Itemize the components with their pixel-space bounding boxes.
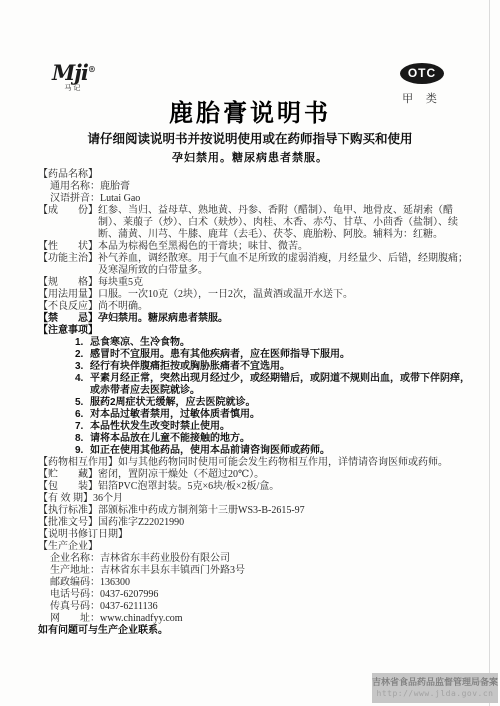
- ingredients-label: 【成 份】: [38, 205, 98, 216]
- functions: 【功能主治】补气养血，调经散寒。用于气血不足所致的虚弱消瘦，月经量少、后错，经期…: [38, 253, 470, 277]
- specification-label: 【规 格】: [38, 277, 98, 288]
- precaution-text: 如正在使用其他药品，使用本品前请咨询医师或药师。: [90, 445, 470, 457]
- precaution-number: 4.: [75, 373, 90, 397]
- precaution-item-5: 5.服药2周症状无缓解，应去医院就诊。: [75, 397, 470, 409]
- precaution-text: 对本品过敏者禁用，过敏体质者慎用。: [90, 409, 470, 421]
- execution-standard-label: 【执行标准】: [38, 505, 98, 516]
- precaution-text: 平素月经正常，突然出现月经过少，或经期错后，或阴道不规则出血，或带下伴阴痒，或赤…: [90, 373, 470, 397]
- precaution-text: 感冒时不宜服用。患有其他疾病者，应在医师指导下服用。: [90, 349, 470, 361]
- functions-label: 【功能主治】: [38, 253, 98, 264]
- website: 网 址：www.chinadfyy.com: [38, 613, 470, 625]
- fax-number: 传真号码：0437-6211136: [38, 601, 470, 613]
- precaution-number: 8.: [75, 433, 90, 445]
- otc-badge-group: OTC 甲 类: [400, 63, 444, 106]
- precaution-item-1: 1.忌食寒凉、生冷食物。: [75, 337, 470, 349]
- approval-watermark-stamp: 吉林省食品药品监督管理局备案 http://www.jlda.gov.cn: [372, 673, 498, 703]
- precaution-number: 1.: [75, 337, 90, 349]
- precaution-item-4: 4.平素月经正常，突然出现月经过少，或经期错后，或阴道不规则出血，或带下伴阴痒，…: [75, 373, 470, 397]
- storage: 【贮 藏】密闭，置阴凉干燥处（不超过20℃）。: [38, 469, 470, 481]
- manufacturer-heading-label: 【生产企业】: [38, 541, 98, 552]
- otc-badge: OTC: [400, 63, 444, 84]
- brand-logo: Mji® 马记: [52, 62, 95, 92]
- watermark-agency-text: 吉林省食品药品监督管理局备案: [372, 673, 498, 688]
- drug-interactions: 【药物相互作用】如与其他药物同时使用可能会发生药物相互作用，详情请咨询医师或药师…: [38, 457, 470, 469]
- precaution-item-6: 6.对本品过敏者禁用，过敏体质者慎用。: [75, 409, 470, 421]
- precaution-number: 9.: [75, 445, 90, 457]
- phone-number: 电话号码：0437-6207996: [38, 589, 470, 601]
- company-name: 企业名称：吉林省东丰药业股份有限公司: [38, 553, 470, 565]
- postal-code: 邮政编码：136300: [38, 577, 470, 589]
- registered-trademark-icon: ®: [88, 64, 95, 74]
- packaging-label: 【包 装】: [38, 481, 98, 492]
- insert-body: 【药品名称】通用名称：鹿胎膏汉语拼音：Lutai Gao【成 份】红参、当归、益…: [38, 169, 470, 637]
- usage-advice-line: 请仔细阅读说明书并按说明使用或在药师指导下购买和使用: [0, 132, 500, 146]
- description-label: 【性 状】: [38, 241, 98, 252]
- approval-number: 【批准文号】国药准字Z22021990: [38, 517, 470, 529]
- leaflet-page: Mji® 马记 OTC 甲 类 鹿胎膏说明书 请仔细阅读说明书并按说明使用或在药…: [0, 0, 500, 706]
- validity-label: 【有 效 期】: [38, 493, 93, 504]
- company-address: 生产地址：吉林省东丰县东丰镇西门外路3号: [38, 565, 470, 577]
- brand-logo-subtext: 马记: [52, 85, 95, 92]
- precaution-number: 5.: [75, 397, 90, 409]
- precaution-item-3: 3.经行有块伴腹痛拒按或胸胁胀痛者不宜选用。: [75, 361, 470, 373]
- pinyin-name: 汉语拼音：Lutai Gao: [38, 193, 470, 205]
- contraindications: 【禁 忌】孕妇禁用。糖尿病患者禁服。: [38, 313, 470, 325]
- warning-line: 孕妇禁用。糖尿病患者禁服。: [0, 152, 500, 164]
- execution-standard: 【执行标准】部颁标准中药成方制剂第十三册WS3-B-2615-97: [38, 505, 470, 517]
- precaution-item-2: 2.感冒时不宜服用。患有其他疾病者，应在医师指导下服用。: [75, 349, 470, 361]
- precaution-number: 2.: [75, 349, 90, 361]
- brand-logo-script: Mji®: [52, 60, 95, 85]
- common-name: 通用名称：鹿胎膏: [38, 181, 470, 193]
- storage-label: 【贮 藏】: [38, 469, 98, 480]
- description: 【性 状】本品为棕褐色至黑褐色的干膏块；味甘、微苦。: [38, 241, 470, 253]
- revision-date-heading: 【说明书修订日期】: [38, 529, 470, 541]
- validity: 【有 效 期】36个月: [38, 493, 470, 505]
- precaution-text: 经行有块伴腹痛拒按或胸胁胀痛者不宜选用。: [90, 361, 470, 373]
- precaution-number: 7.: [75, 421, 90, 433]
- drug-name-heading-label: 【药品名称】: [38, 169, 98, 180]
- precaution-text: 请将本品放在儿童不能接触的地方。: [90, 433, 470, 445]
- dosage: 【用法用量】口服。一次10克（2块），一日2次，温黄酒或温开水送下。: [38, 289, 470, 301]
- watermark-url-text: http://www.jlda.gov.cn: [372, 688, 498, 699]
- precautions-heading: 【注意事项】: [38, 325, 470, 337]
- drug-interactions-label: 【药物相互作用】: [38, 457, 118, 468]
- precaution-item-9: 9.如正在使用其他药品，使用本品前请咨询医师或药师。: [75, 445, 470, 457]
- precaution-text: 服药2周症状无缓解，应去医院就诊。: [90, 397, 470, 409]
- adverse-reactions-label: 【不良反应】: [38, 301, 98, 312]
- precaution-item-8: 8.请将本品放在儿童不能接触的地方。: [75, 433, 470, 445]
- precaution-text: 本品性状发生改变时禁止使用。: [90, 421, 470, 433]
- dosage-label: 【用法用量】: [38, 289, 98, 300]
- contraindications-label: 【禁 忌】: [38, 313, 98, 324]
- otc-category-label: 甲 类: [400, 90, 444, 106]
- specification: 【规 格】每块重5克: [38, 277, 470, 289]
- precaution-text: 忌食寒凉、生冷食物。: [90, 337, 470, 349]
- precaution-number: 3.: [75, 361, 90, 373]
- approval-number-label: 【批准文号】: [38, 517, 98, 528]
- scan-edge-line: [489, 0, 490, 706]
- revision-date-heading-label: 【说明书修订日期】: [38, 529, 128, 540]
- manufacturer-heading: 【生产企业】: [38, 541, 470, 553]
- contact-note: 如有问题可与生产企业联系。: [38, 625, 470, 637]
- precaution-number: 6.: [75, 409, 90, 421]
- adverse-reactions: 【不良反应】尚不明确。: [38, 301, 470, 313]
- precautions-heading-label: 【注意事项】: [38, 325, 98, 336]
- precaution-item-7: 7.本品性状发生改变时禁止使用。: [75, 421, 470, 433]
- ingredients: 【成 份】红参、当归、益母草、熟地黄、丹参、香附（醋制）、龟甲、地骨皮、延胡索（…: [38, 205, 470, 241]
- drug-name-heading: 【药品名称】: [38, 169, 470, 181]
- packaging: 【包 装】铝箔PVC泡罩封装。5克×6块/板×2板/盒。: [38, 481, 470, 493]
